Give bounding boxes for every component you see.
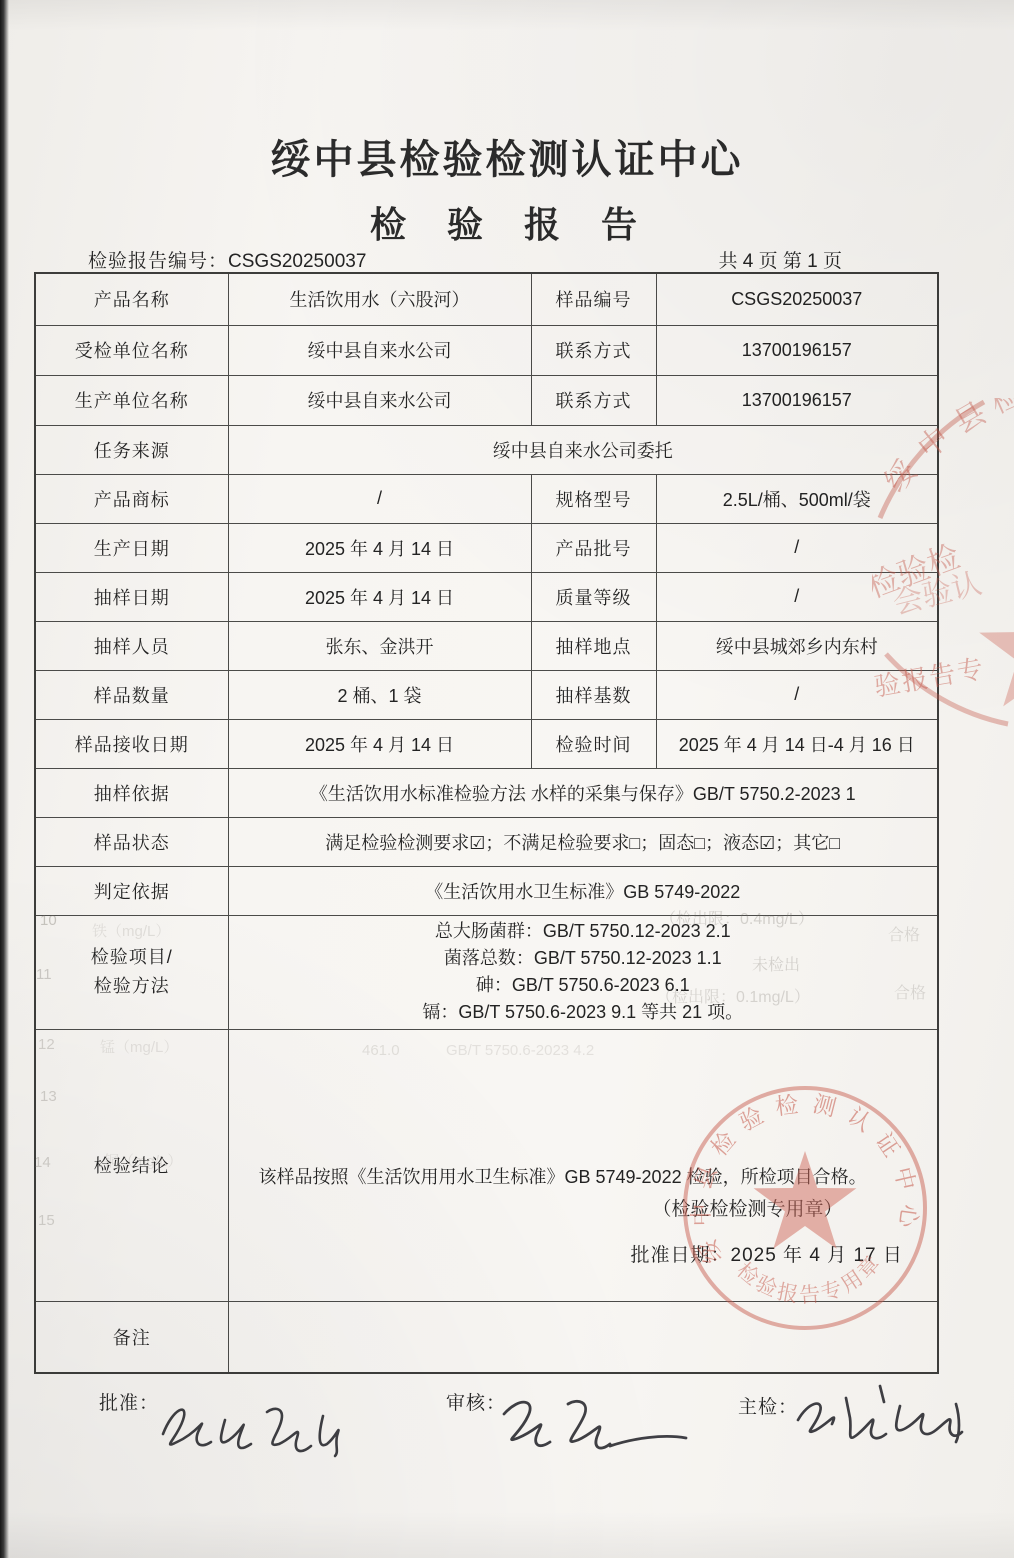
field-value: /: [656, 572, 938, 621]
field-label: 抽样日期: [35, 572, 228, 621]
field-label: 检验结论: [35, 1029, 228, 1301]
chief-inspector-block: 主检：: [738, 1392, 798, 1419]
method-line: 总大肠菌群：GB/T 5750.12-2023 2.1: [229, 918, 938, 945]
field-value: /: [228, 474, 531, 523]
conclusion-text: 该样品按照《生活饮用用水卫生标准》GB 5749-2022 检验，所检项目合格。: [229, 1164, 938, 1190]
approval-date-label: 批准日期：: [631, 1245, 731, 1266]
field-label: 产品批号: [531, 523, 656, 572]
field-value: 绥中县自来水公司: [228, 325, 531, 375]
report-meta-row: 检验报告编号：CSGS20250037 共 4 页 第 1 页: [88, 246, 842, 273]
field-value: 满足检验检测要求☑；不满足检验要求□；固态□；液态☑；其它□: [228, 817, 938, 866]
field-value: 13700196157: [656, 375, 938, 425]
reviewer-signature: [488, 1388, 698, 1473]
field-value: 生活饮用水（六股河）: [228, 273, 531, 325]
field-label: 抽样依据: [35, 768, 228, 817]
field-value: 13700196157: [656, 325, 938, 375]
report-number-value: CSGS20250037: [228, 251, 366, 272]
field-value: 2025 年 4 月 14 日: [228, 572, 531, 621]
row-sample-condition: 样品状态 满足检验检测要求☑；不满足检验要求□；固态□；液态☑；其它□: [35, 817, 938, 866]
field-value: 2025 年 4 月 14 日: [228, 523, 531, 572]
field-label: 判定依据: [35, 866, 228, 915]
row-sampling-basis: 抽样依据 《生活饮用水标准检验方法 水样的采集与保存》GB/T 5750.2-2…: [35, 768, 938, 817]
field-value: 2025 年 4 月 14 日: [228, 719, 531, 768]
seal-note: （检验检检测专用章）: [653, 1194, 843, 1221]
edge-seal-char: 县: [949, 398, 991, 440]
row-sampling-staff: 抽样人员 张东、金洪开 抽样地点 绥中县城郊乡内东村: [35, 621, 938, 670]
approver-signature: [147, 1392, 347, 1470]
row-judgment-basis: 判定依据 《生活饮用水卫生标准》GB 5749-2022: [35, 866, 938, 915]
field-value: [228, 1301, 938, 1373]
row-production-date: 生产日期 2025 年 4 月 14 日 产品批号 /: [35, 523, 938, 572]
field-label: 检验项目/ 检验方法: [35, 915, 228, 1029]
report-number: 检验报告编号：CSGS20250037: [88, 246, 366, 273]
conclusion-cell: 该样品按照《生活饮用用水卫生标准》GB 5749-2022 检验，所检项目合格。…: [228, 1029, 938, 1301]
report-page: 绥中县检验检测认证中心 检 验 报 告 检验报告编号：CSGS20250037 …: [0, 0, 1014, 1558]
field-label: 备注: [35, 1301, 228, 1373]
field-label-line: 检验方法: [36, 972, 228, 1001]
field-label: 联系方式: [531, 375, 656, 425]
report-table: 产品名称 生活饮用水（六股河） 样品编号 CSGS20250037 受检单位名称…: [34, 272, 939, 1374]
field-label-line: 检验项目/: [36, 943, 228, 972]
organization-title: 绥中县检验检测认证中心: [0, 128, 1014, 185]
field-label: 质量等级: [531, 572, 656, 621]
field-label: 任务来源: [35, 425, 228, 474]
field-label: 抽样地点: [531, 621, 656, 670]
field-label: 检验时间: [531, 719, 656, 768]
field-value: /: [656, 523, 938, 572]
edge-seal-char: 检: [985, 398, 1014, 420]
field-value: 《生活饮用水标准检验方法 水样的采集与保存》GB/T 5750.2-2023 1: [228, 768, 938, 817]
field-value: /: [656, 670, 938, 719]
field-label: 受检单位名称: [35, 325, 228, 375]
pagination: 共 4 页 第 1 页: [718, 246, 842, 273]
report-title: 检 验 报 告: [0, 197, 1014, 248]
row-producer-unit: 生产单位名称 绥中县自来水公司 联系方式 13700196157: [35, 375, 938, 425]
field-value: CSGS20250037: [656, 273, 938, 325]
field-value: 《生活饮用水卫生标准》GB 5749-2022: [228, 866, 938, 915]
field-label: 样品数量: [35, 670, 228, 719]
row-trademark: 产品商标 / 规格型号 2.5L/桶、500ml/袋: [35, 474, 938, 523]
row-remarks: 备注: [35, 1301, 938, 1373]
field-label: 样品编号: [531, 273, 656, 325]
row-sample-received-date: 样品接收日期 2025 年 4 月 14 日 检验时间 2025 年 4 月 1…: [35, 719, 938, 768]
row-conclusion: 检验结论 该样品按照《生活饮用用水卫生标准》GB 5749-2022 检验，所检…: [35, 1029, 938, 1301]
row-task-source: 任务来源 绥中县自来水公司委托: [35, 425, 938, 474]
chief-inspector-signature: [788, 1378, 978, 1463]
report-number-label: 检验报告编号：: [88, 251, 228, 272]
row-inspected-unit: 受检单位名称 绥中县自来水公司 联系方式 13700196157: [35, 325, 938, 375]
field-label: 样品状态: [35, 817, 228, 866]
approval-date: 批准日期：2025 年 4 月 17 日: [631, 1240, 903, 1267]
field-label: 联系方式: [531, 325, 656, 375]
field-label: 样品接收日期: [35, 719, 228, 768]
row-test-items-methods: 检验项目/ 检验方法 总大肠菌群：GB/T 5750.12-2023 2.1 菌…: [35, 915, 938, 1029]
edge-seal-star-icon: [979, 587, 1014, 706]
method-line: 镉：GB/T 5750.6-2023 9.1 等共 21 项。: [229, 999, 938, 1026]
field-value: 2025 年 4 月 14 日-4 月 16 日: [656, 719, 938, 768]
approval-date-value: 2025 年 4 月 17 日: [731, 1245, 903, 1266]
method-line: 砷：GB/T 5750.6-2023 6.1: [229, 972, 938, 999]
field-value: 2.5L/桶、500ml/袋: [656, 474, 938, 523]
field-value: 绥中县自来水公司: [228, 375, 531, 425]
field-value: 绥中县自来水公司委托: [228, 425, 938, 474]
row-product-name: 产品名称 生活饮用水（六股河） 样品编号 CSGS20250037: [35, 273, 938, 325]
field-label: 抽样基数: [531, 670, 656, 719]
approver-block: 批准：: [99, 1388, 159, 1415]
field-value: 2 桶、1 袋: [228, 670, 531, 719]
row-sample-quantity: 样品数量 2 桶、1 袋 抽样基数 /: [35, 670, 938, 719]
field-label: 产品商标: [35, 474, 228, 523]
field-label: 生产日期: [35, 523, 228, 572]
field-value: 绥中县城郊乡内东村: [656, 621, 938, 670]
photo-left-edge: [0, 0, 9, 1558]
field-label: 抽样人员: [35, 621, 228, 670]
field-label: 生产单位名称: [35, 375, 228, 425]
reviewer-block: 审核：: [446, 1388, 506, 1415]
field-value: 总大肠菌群：GB/T 5750.12-2023 2.1 菌落总数：GB/T 57…: [228, 915, 938, 1029]
field-label: 产品名称: [35, 273, 228, 325]
method-line: 菌落总数：GB/T 5750.12-2023 1.1: [229, 945, 938, 972]
field-label: 规格型号: [531, 474, 656, 523]
field-value: 张东、金洪开: [228, 621, 531, 670]
row-sampling-date: 抽样日期 2025 年 4 月 14 日 质量等级 /: [35, 572, 938, 621]
